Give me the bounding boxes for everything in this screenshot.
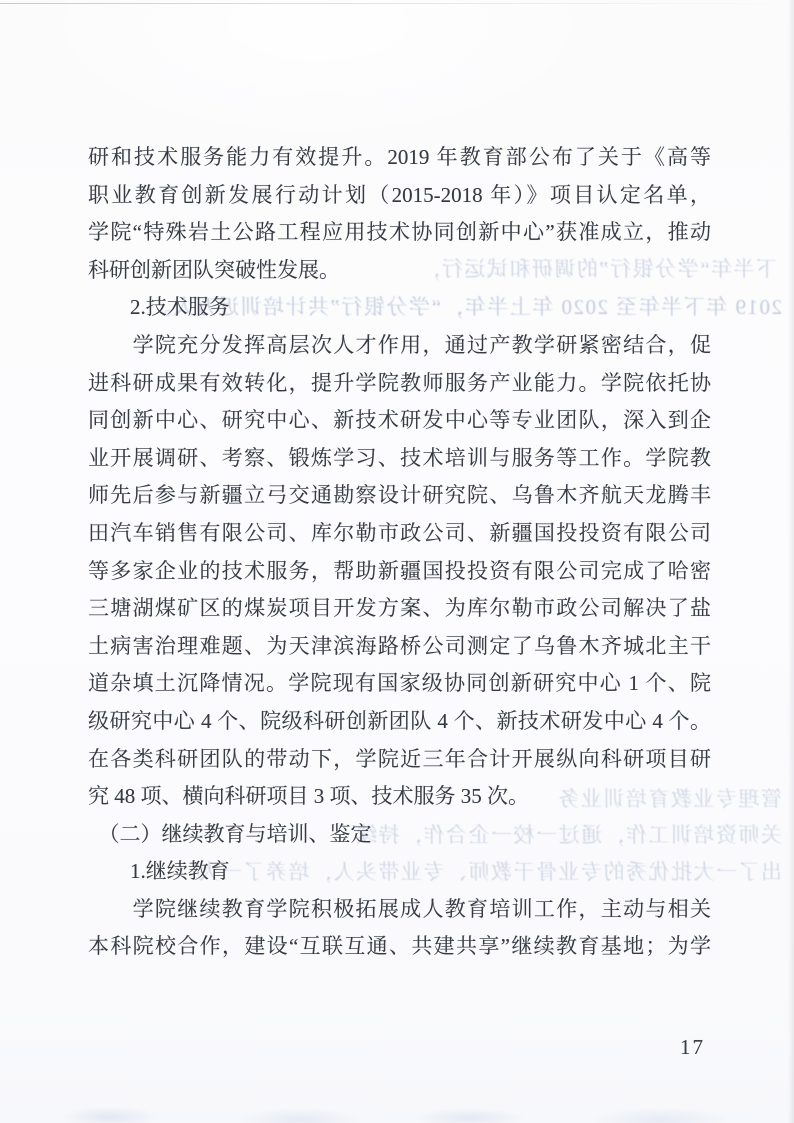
text-line: （二）继续教育与培训、鉴定	[88, 816, 711, 854]
scan-bottom-stain	[0, 1077, 794, 1123]
page-body-text: 研和技术服务能力有效提升。2019 年教育部公布了关于《高等职业教育创新发展行动…	[88, 139, 711, 966]
text-line: 土病害治理难题、为天津滨海路桥公司测定了乌鲁木齐城北主干	[88, 628, 711, 666]
text-line: 学院充分发挥高层次人才作用，通过产教学研紧密结合，促	[88, 327, 711, 365]
text-line: 职业教育创新发展行动计划（2015-2018 年）》项目认定名单，	[88, 177, 711, 215]
scan-edge-artifact	[0, 3, 794, 4]
text-line: 科研创新团队突破性发展。	[88, 252, 711, 290]
text-line: 进科研成果有效转化，提升学院教师服务产业能力。学院依托协	[88, 365, 711, 403]
text-line: 级研究中心 4 个、院级科研创新团队 4 个、新技术研发中心 4 个。	[88, 703, 711, 741]
text-line: 研和技术服务能力有效提升。2019 年教育部公布了关于《高等	[88, 139, 711, 177]
text-line: 田汽车销售有限公司、库尔勒市政公司、新疆国投投资有限公司	[88, 515, 711, 553]
scan-edge-shadow	[788, 0, 794, 1123]
text-line: 究 48 项、横向科研项目 3 项、技术服务 35 次。	[88, 778, 711, 816]
page-number: 17	[680, 1035, 705, 1060]
text-line: 师先后参与新疆立弓交通勘察设计研究院、乌鲁木齐航天龙腾丰	[88, 477, 711, 515]
text-line: 在各类科研团队的带动下，学院近三年合计开展纵向科研项目研	[88, 741, 711, 779]
text-line: 道杂填土沉降情况。学院现有国家级协同创新研究中心 1 个、院	[88, 665, 711, 703]
text-line: 学院“特殊岩土公路工程应用技术协同创新中心”获准成立，推动	[88, 214, 711, 252]
text-line: 本科院校合作，建设“互联互通、共建共享”继续教育基地；为学	[88, 928, 711, 966]
text-line: 三塘湖煤矿区的煤炭项目开发方案、为库尔勒市政公司解决了盐	[88, 590, 711, 628]
text-line: 同创新中心、研究中心、新技术研发中心等专业团队，深入到企	[88, 402, 711, 440]
scanned-document-page: 下半年“学分银行”的调研和试运行， 2019 年下半年至 2020 年上半年，“…	[0, 0, 794, 1123]
text-line: 等多家企业的技术服务，帮助新疆国投投资有限公司完成了哈密	[88, 553, 711, 591]
text-line: 业开展调研、考察、锻炼学习、技术培训与服务等工作。学院教	[88, 440, 711, 478]
text-line: 1.继续教育	[88, 853, 711, 891]
text-line: 2.技术服务	[88, 289, 711, 327]
text-line: 学院继续教育学院积极拓展成人教育培训工作，主动与相关	[88, 891, 711, 929]
